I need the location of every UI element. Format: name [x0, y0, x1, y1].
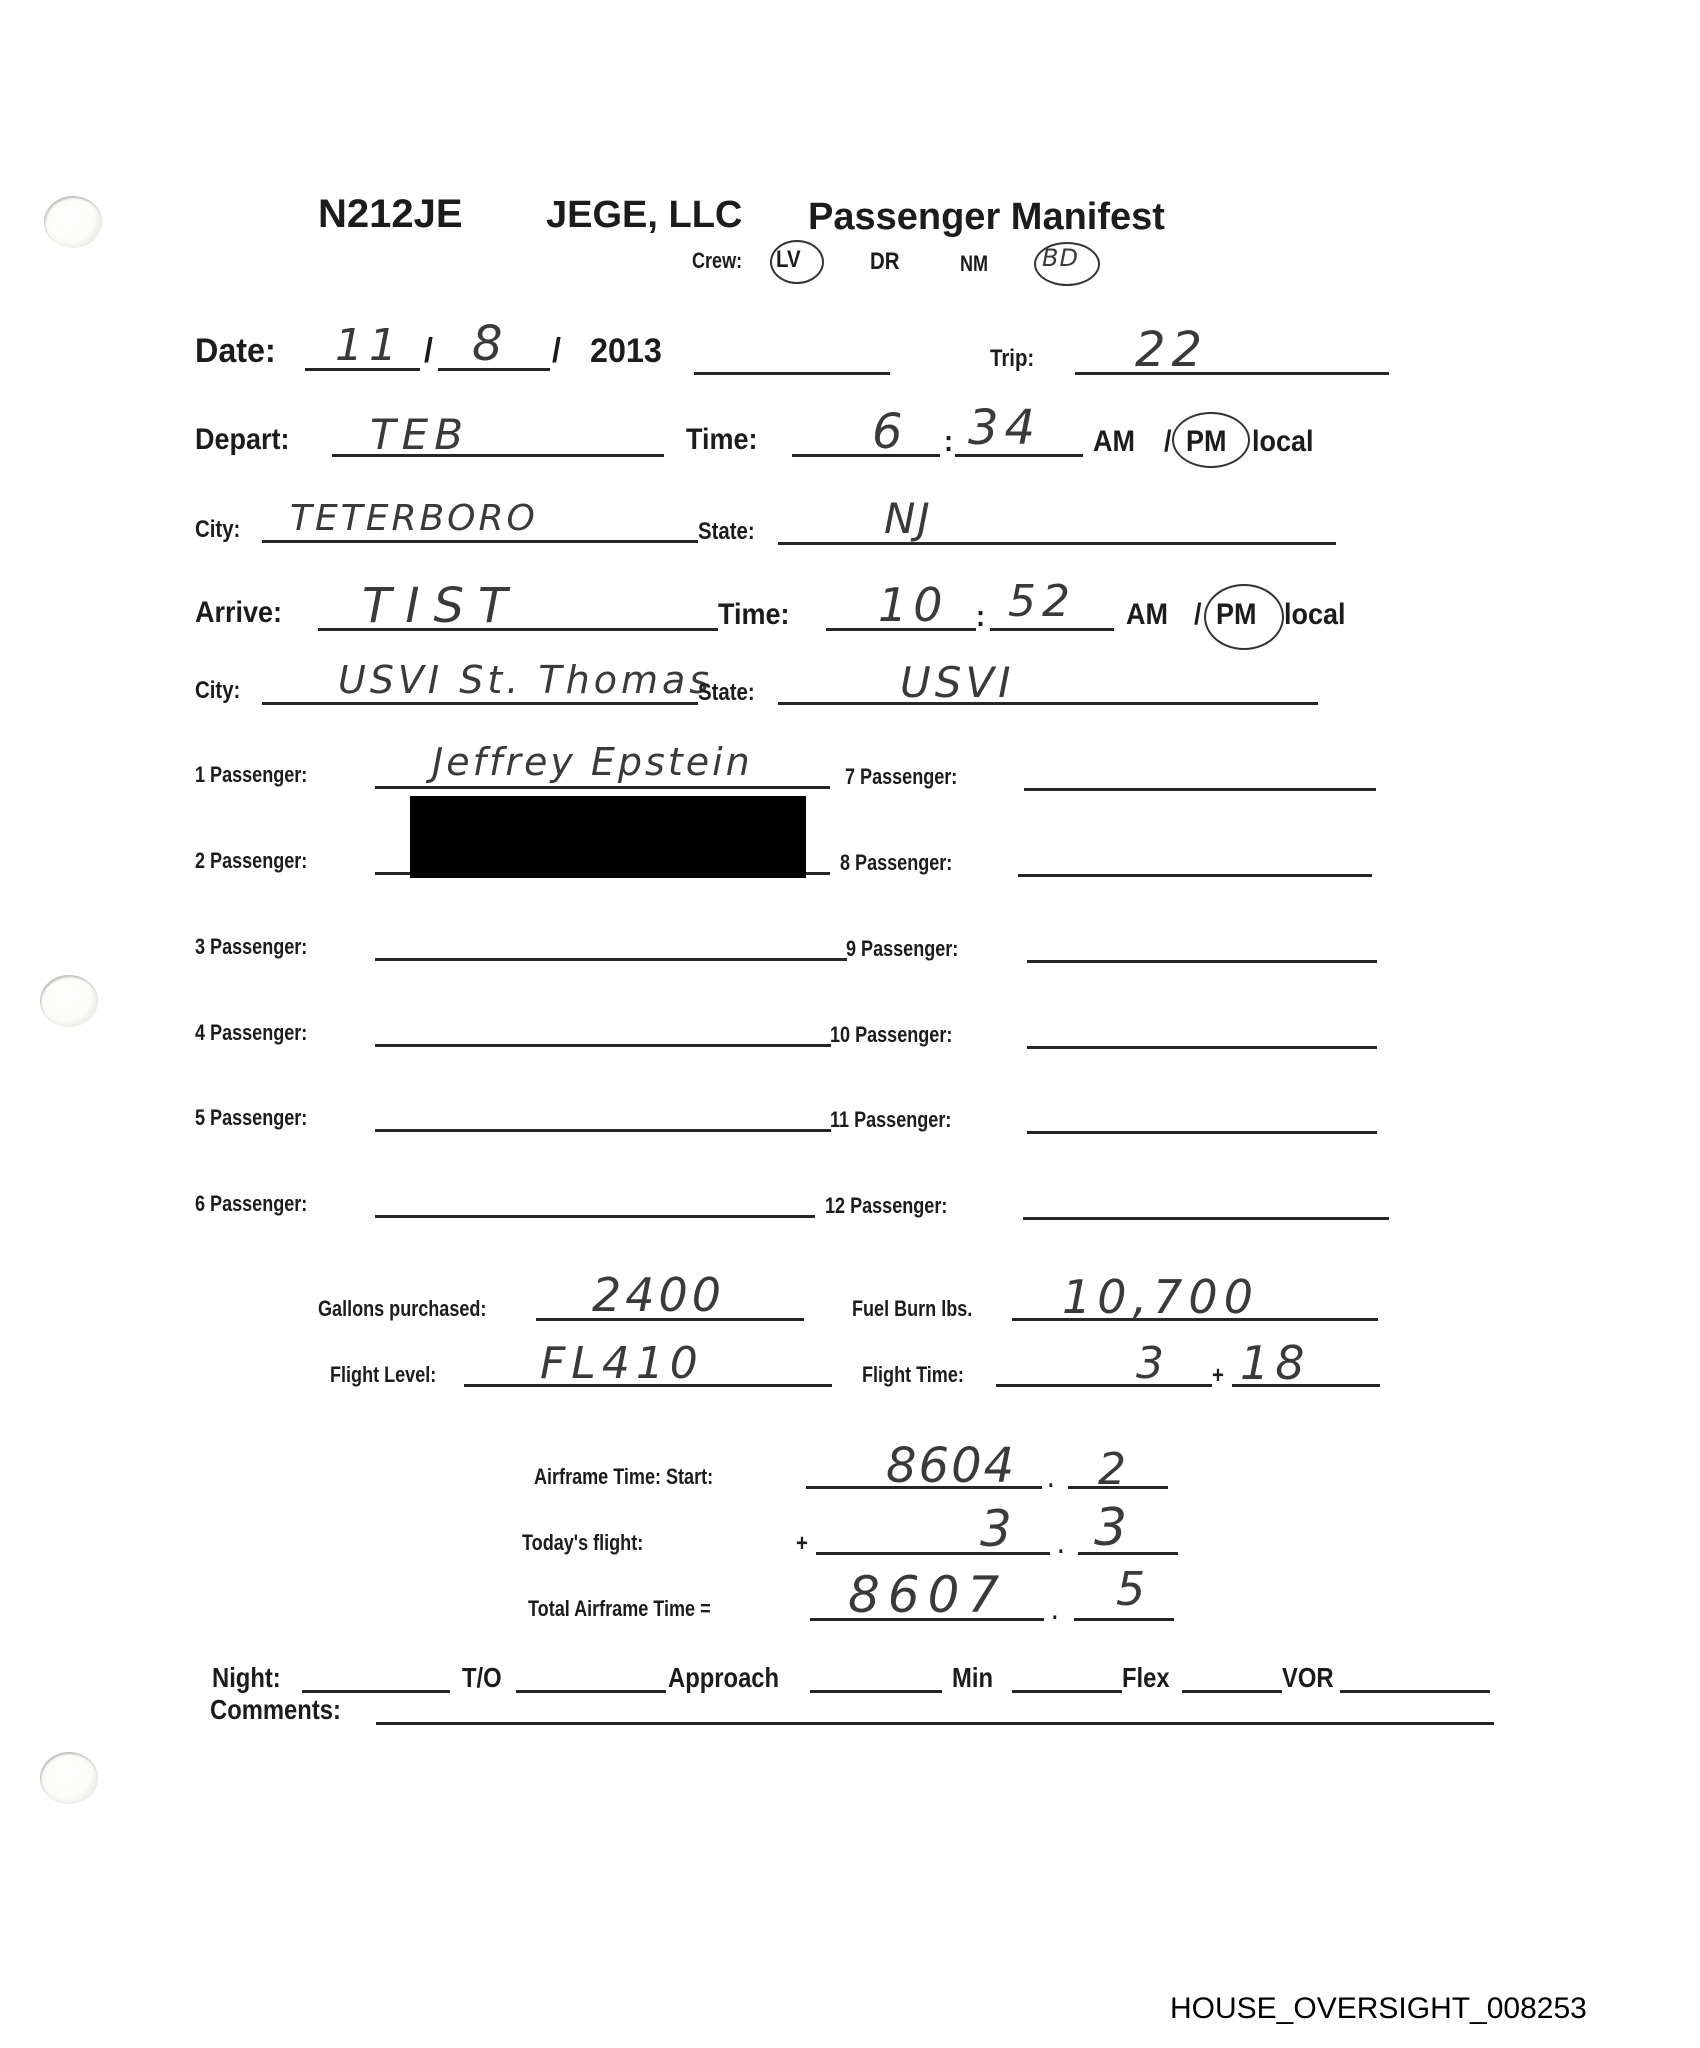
trip-line [1075, 372, 1389, 375]
flight-time-label: Flight Time: [862, 1362, 964, 1388]
date-year-line [694, 372, 890, 375]
arrive-city-label: City: [195, 677, 240, 705]
passenger-12-label: 12 Passenger: [825, 1193, 947, 1219]
date-year: 2013 [590, 332, 662, 371]
fuel-burn-field[interactable]: 10,700 [1062, 1270, 1259, 1324]
approach-label: Approach [668, 1662, 779, 1694]
night-label: Night: [212, 1662, 281, 1694]
company-name: JEGE, LLC [546, 194, 742, 237]
today-flight-dot: . [1058, 1532, 1064, 1560]
passenger-3-line [375, 958, 847, 961]
date-sep-2: / [552, 332, 561, 371]
hole-punch-middle [40, 975, 98, 1027]
arrive-label: Arrive: [195, 596, 282, 630]
date-sep-1: / [424, 332, 433, 371]
depart-min-field[interactable]: 34 [968, 400, 1041, 456]
fuel-burn-label: Fuel Burn lbs. [852, 1296, 972, 1322]
passenger-8-label: 8 Passenger: [840, 850, 952, 876]
trip-label: Trip: [990, 345, 1034, 373]
min-label: Min [952, 1662, 993, 1694]
passenger-2-label: 2 Passenger: [195, 848, 307, 874]
passenger-5-line [375, 1129, 831, 1132]
tail-number: N212JE [318, 192, 463, 237]
airframe-start-whole-field[interactable]: 8604 [886, 1438, 1016, 1494]
depart-city-line [262, 540, 698, 543]
to-line [516, 1690, 666, 1693]
date-month-field[interactable]: 11 [335, 320, 403, 371]
min-line [1012, 1690, 1122, 1693]
hole-punch-top [44, 196, 102, 248]
today-flight-tenth-field[interactable]: 3 [1094, 1498, 1133, 1558]
arrive-time-sep: : [976, 600, 985, 634]
passenger-1-line [375, 786, 830, 789]
approach-line [810, 1690, 942, 1693]
passenger-11-label: 11 Passenger: [830, 1107, 951, 1133]
arrive-state-field[interactable]: USVI [900, 658, 1015, 707]
arrive-am-option[interactable]: AM [1126, 598, 1168, 632]
passenger-1-label: 1 Passenger: [195, 762, 307, 788]
flex-line [1182, 1690, 1282, 1693]
crew-option-dr[interactable]: DR [870, 248, 899, 276]
passenger-5-label: 5 Passenger: [195, 1105, 307, 1131]
to-label: T/O [462, 1662, 502, 1694]
crew-lv-circle [770, 240, 824, 284]
total-airframe-whole-field[interactable]: 8607 [848, 1566, 1007, 1624]
arrive-hour-field[interactable]: 10 [878, 578, 949, 632]
arrive-slash: / [1194, 598, 1202, 632]
depart-state-line [778, 542, 1336, 545]
passenger-3-label: 3 Passenger: [195, 934, 307, 960]
comments-line[interactable] [376, 1722, 1494, 1725]
trip-field[interactable]: 22 [1135, 322, 1208, 378]
total-airframe-tenth-field[interactable]: 5 [1116, 1562, 1151, 1616]
depart-local-label: local [1252, 425, 1314, 459]
night-line [302, 1690, 450, 1693]
bates-number: HOUSE_OVERSIGHT_008253 [1170, 1992, 1587, 2026]
passenger-6-label: 6 Passenger: [195, 1191, 307, 1217]
crew-option-nm[interactable]: NM [960, 251, 988, 277]
arrive-state-label: State: [698, 679, 755, 707]
date-day-field[interactable]: 8 [472, 316, 509, 372]
flight-time-hours-field[interactable]: 3 [1136, 1338, 1170, 1389]
passenger-10-line [1027, 1046, 1377, 1049]
gallons-label: Gallons purchased: [318, 1296, 486, 1322]
airframe-start-tenth-field[interactable]: 2 [1098, 1444, 1132, 1495]
depart-hour-field[interactable]: 6 [872, 404, 909, 460]
flight-time-minutes-field[interactable]: 18 [1240, 1336, 1311, 1390]
crew-bd-circle [1034, 242, 1100, 286]
passenger-9-line [1027, 960, 1377, 963]
passenger-7-line [1024, 788, 1376, 791]
arrive-city-line [262, 702, 698, 705]
flight-level-label: Flight Level: [330, 1362, 436, 1388]
gallons-field[interactable]: 2400 [592, 1268, 725, 1322]
passenger-12-line [1023, 1217, 1389, 1220]
flex-label: Flex [1122, 1662, 1170, 1694]
arrive-state-line [778, 702, 1318, 705]
passenger-1-field[interactable]: Jeffrey Epstein [432, 740, 753, 784]
depart-slash: / [1164, 425, 1172, 459]
passenger-4-label: 4 Passenger: [195, 1020, 307, 1046]
today-flight-plus: + [796, 1530, 808, 1558]
depart-label: Depart: [195, 423, 290, 457]
depart-pm-circle [1172, 412, 1250, 468]
airframe-start-dot: . [1048, 1466, 1054, 1494]
passenger-10-label: 10 Passenger: [830, 1022, 952, 1048]
depart-state-field[interactable]: NJ [884, 494, 932, 543]
depart-time-label: Time: [686, 423, 758, 457]
depart-state-label: State: [698, 518, 755, 546]
passenger-2-redaction [410, 796, 806, 878]
depart-city-label: City: [195, 516, 240, 544]
total-airframe-label: Total Airframe Time = [528, 1596, 711, 1622]
form-title: Passenger Manifest [808, 196, 1165, 239]
hole-punch-bottom [40, 1752, 98, 1804]
crew-label: Crew: [692, 248, 742, 274]
vor-label: VOR [1282, 1662, 1334, 1694]
arrive-pm-circle [1204, 584, 1284, 650]
passenger-6-line [375, 1215, 815, 1218]
arrive-local-label: local [1284, 598, 1346, 632]
passenger-9-label: 9 Passenger: [846, 936, 958, 962]
date-label: Date: [195, 332, 276, 371]
flight-level-field[interactable]: FL410 [540, 1338, 704, 1389]
arrive-field[interactable]: TIST [362, 578, 521, 634]
depart-time-sep: : [944, 425, 953, 459]
today-flight-whole-field[interactable]: 3 [980, 1500, 1018, 1558]
arrive-city-field[interactable]: USVI St. Thomas [338, 658, 713, 702]
passenger-8-line [1018, 874, 1372, 877]
passenger-7-label: 7 Passenger: [845, 764, 957, 790]
depart-city-field[interactable]: TETERBORO [290, 498, 538, 539]
passenger-11-line [1027, 1131, 1377, 1134]
depart-am-option[interactable]: AM [1093, 425, 1135, 459]
flight-time-plus: + [1212, 1362, 1224, 1390]
total-airframe-dot: . [1052, 1598, 1058, 1626]
comments-label: Comments: [210, 1694, 341, 1726]
today-flight-label: Today's flight: [522, 1530, 643, 1556]
depart-hour-line [792, 454, 940, 457]
arrive-time-label: Time: [718, 598, 790, 632]
arrive-min-line [990, 628, 1114, 631]
airframe-start-label: Airframe Time: Start: [534, 1464, 713, 1490]
arrive-min-field[interactable]: 52 [1008, 576, 1076, 627]
flight-time-hours-line [996, 1384, 1212, 1387]
total-airframe-tenth-line [1074, 1618, 1174, 1621]
passenger-4-line [375, 1044, 831, 1047]
depart-field[interactable]: TEB [370, 410, 469, 459]
vor-line [1340, 1690, 1490, 1693]
